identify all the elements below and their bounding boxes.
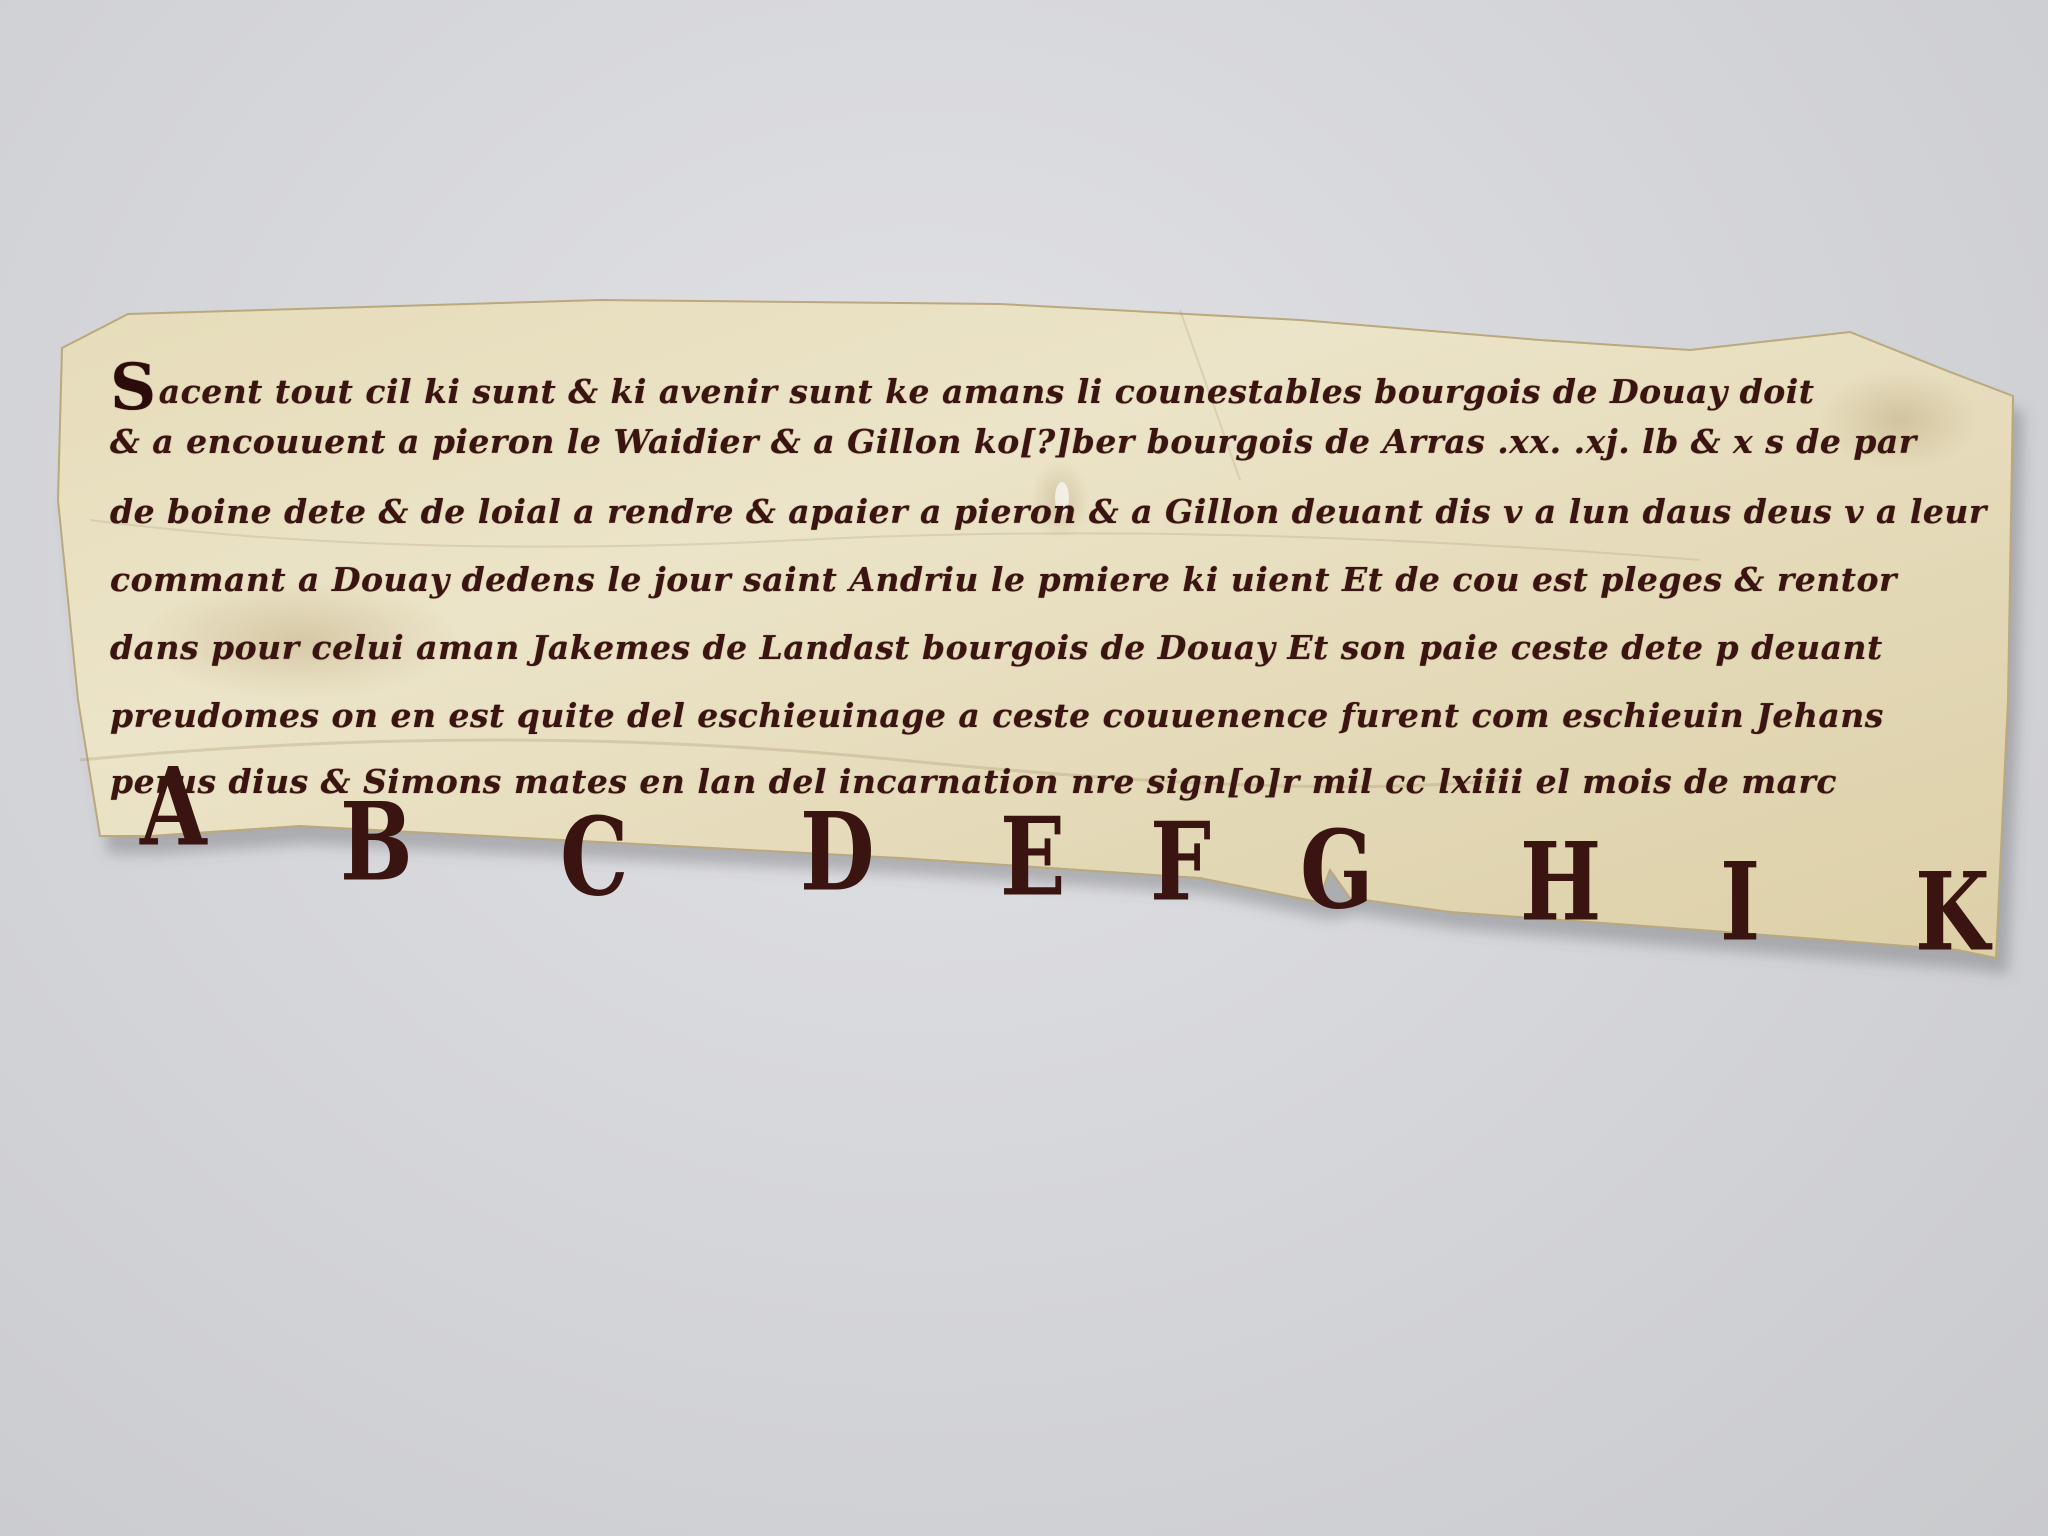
chirograph-letter: I (1720, 849, 1760, 957)
text-line-1: Sacent tout cil ki sunt & ki avenir sunt… (110, 350, 1815, 425)
chirograph-letter: D (800, 799, 875, 907)
chirograph-letter: F (1150, 809, 1211, 917)
chirograph-letter: H (1520, 829, 1601, 937)
chirograph-letter: B (340, 789, 413, 897)
text-line-3: de boine dete & de loial a rendre & apai… (110, 492, 1987, 531)
text-line-4: commant a Douay dedens le jour saint And… (110, 560, 1897, 599)
chirograph-letter: G (1300, 817, 1373, 925)
chirograph-letter: C (560, 804, 628, 912)
text-line-5: dans pour celui aman Jakemes de Landast … (110, 628, 1883, 667)
text-line-2: & a encouuent a pieron le Waidier & a Gi… (110, 422, 1917, 461)
decorated-initial: S (110, 350, 157, 425)
chirograph-letter: K (1915, 859, 1990, 967)
chirograph-letter: A (140, 754, 207, 862)
text-line-6: preudomes on en est quite del eschieuina… (110, 696, 1884, 735)
chirograph-letter: E (1000, 804, 1066, 912)
manuscript-photo: Sacent tout cil ki sunt & ki avenir sunt… (0, 0, 2048, 1536)
